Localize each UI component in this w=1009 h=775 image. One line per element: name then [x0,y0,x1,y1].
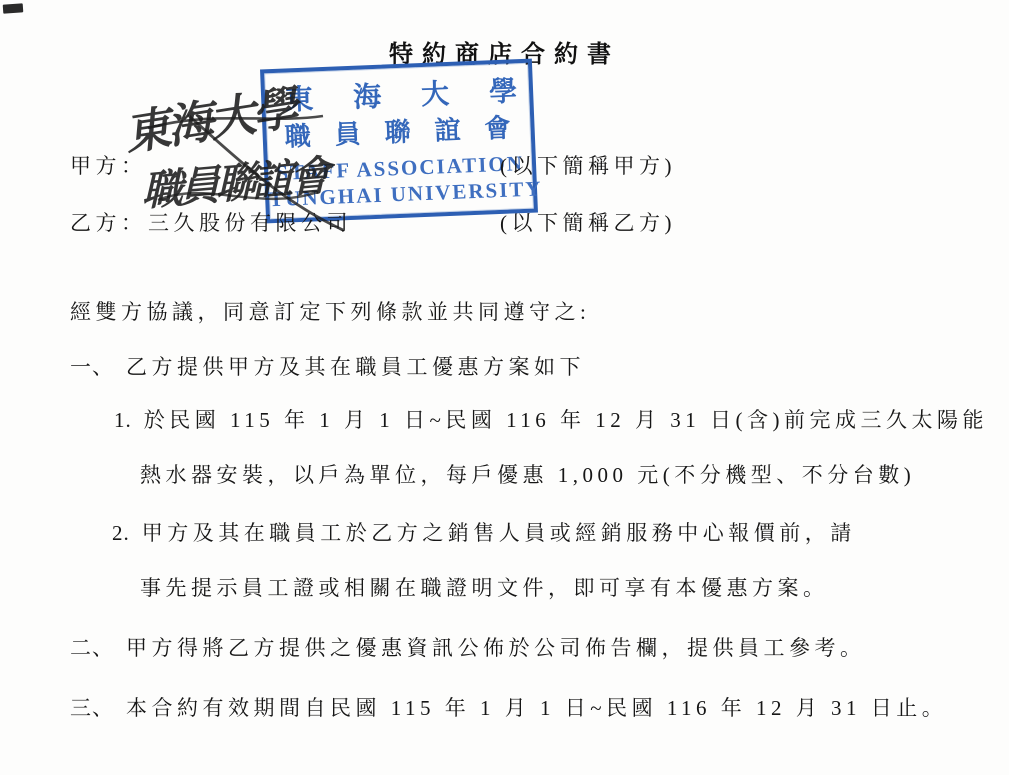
item-1-line-2: 熱水器安裝，以戶為單位，每戶優惠 1,000 元(不分機型、不分台數) [140,459,915,489]
scan-artifact [3,3,24,13]
clause-2-text: 甲方得將乙方提供之優惠資訊公佈於公司佈告欄，提供員工參考。 [126,636,866,660]
item-1-marker: 1. [114,408,132,433]
preamble-text: 經雙方協議，同意訂定下列條款並共同遵守之: [70,296,590,326]
party-b-suffix: (以下簡稱乙方) [500,207,676,237]
clause-2-marker: 二、 [70,632,114,662]
clause-3-text: 本合約有效期間自民國 115 年 1 月 1 日~民國 116 年 12 月 3… [126,696,947,720]
item-1-text-1: 於民國 115 年 1 月 1 日~民國 116 年 12 月 31 日(含)前… [144,408,988,432]
party-a-suffix: (以下簡稱甲方) [500,150,676,180]
item-2-marker: 2. [112,521,130,546]
clause-1-marker: 一、 [70,351,114,381]
item-2-text-1: 甲方及其在職員工於乙方之銷售人員或經銷服務中心報價前，請 [142,521,856,545]
contract-document-page: 特約商店合約書 東海大學 職員聯誼會 STAFF ASSOCIATION TUN… [0,0,1009,775]
item-1-line-1: 1.於民國 115 年 1 月 1 日~民國 116 年 12 月 31 日(含… [114,404,988,434]
clause-3: 三、本合約有效期間自民國 115 年 1 月 1 日~民國 116 年 12 月… [70,692,947,722]
clause-1: 一、乙方提供甲方及其在職員工優惠方案如下 [70,351,585,381]
clause-2: 二、甲方得將乙方提供之優惠資訊公佈於公司佈告欄，提供員工參考。 [70,632,866,662]
clause-1-text: 乙方提供甲方及其在職員工優惠方案如下 [126,355,585,379]
clause-3-marker: 三、 [70,692,114,722]
signature-stroke [118,80,378,250]
item-2-line-2: 事先提示員工證或相關在職證明文件，即可享有本優惠方案。 [140,572,829,602]
item-2-line-1: 2.甲方及其在職員工於乙方之銷售人員或經銷服務中心報價前，請 [112,517,856,547]
